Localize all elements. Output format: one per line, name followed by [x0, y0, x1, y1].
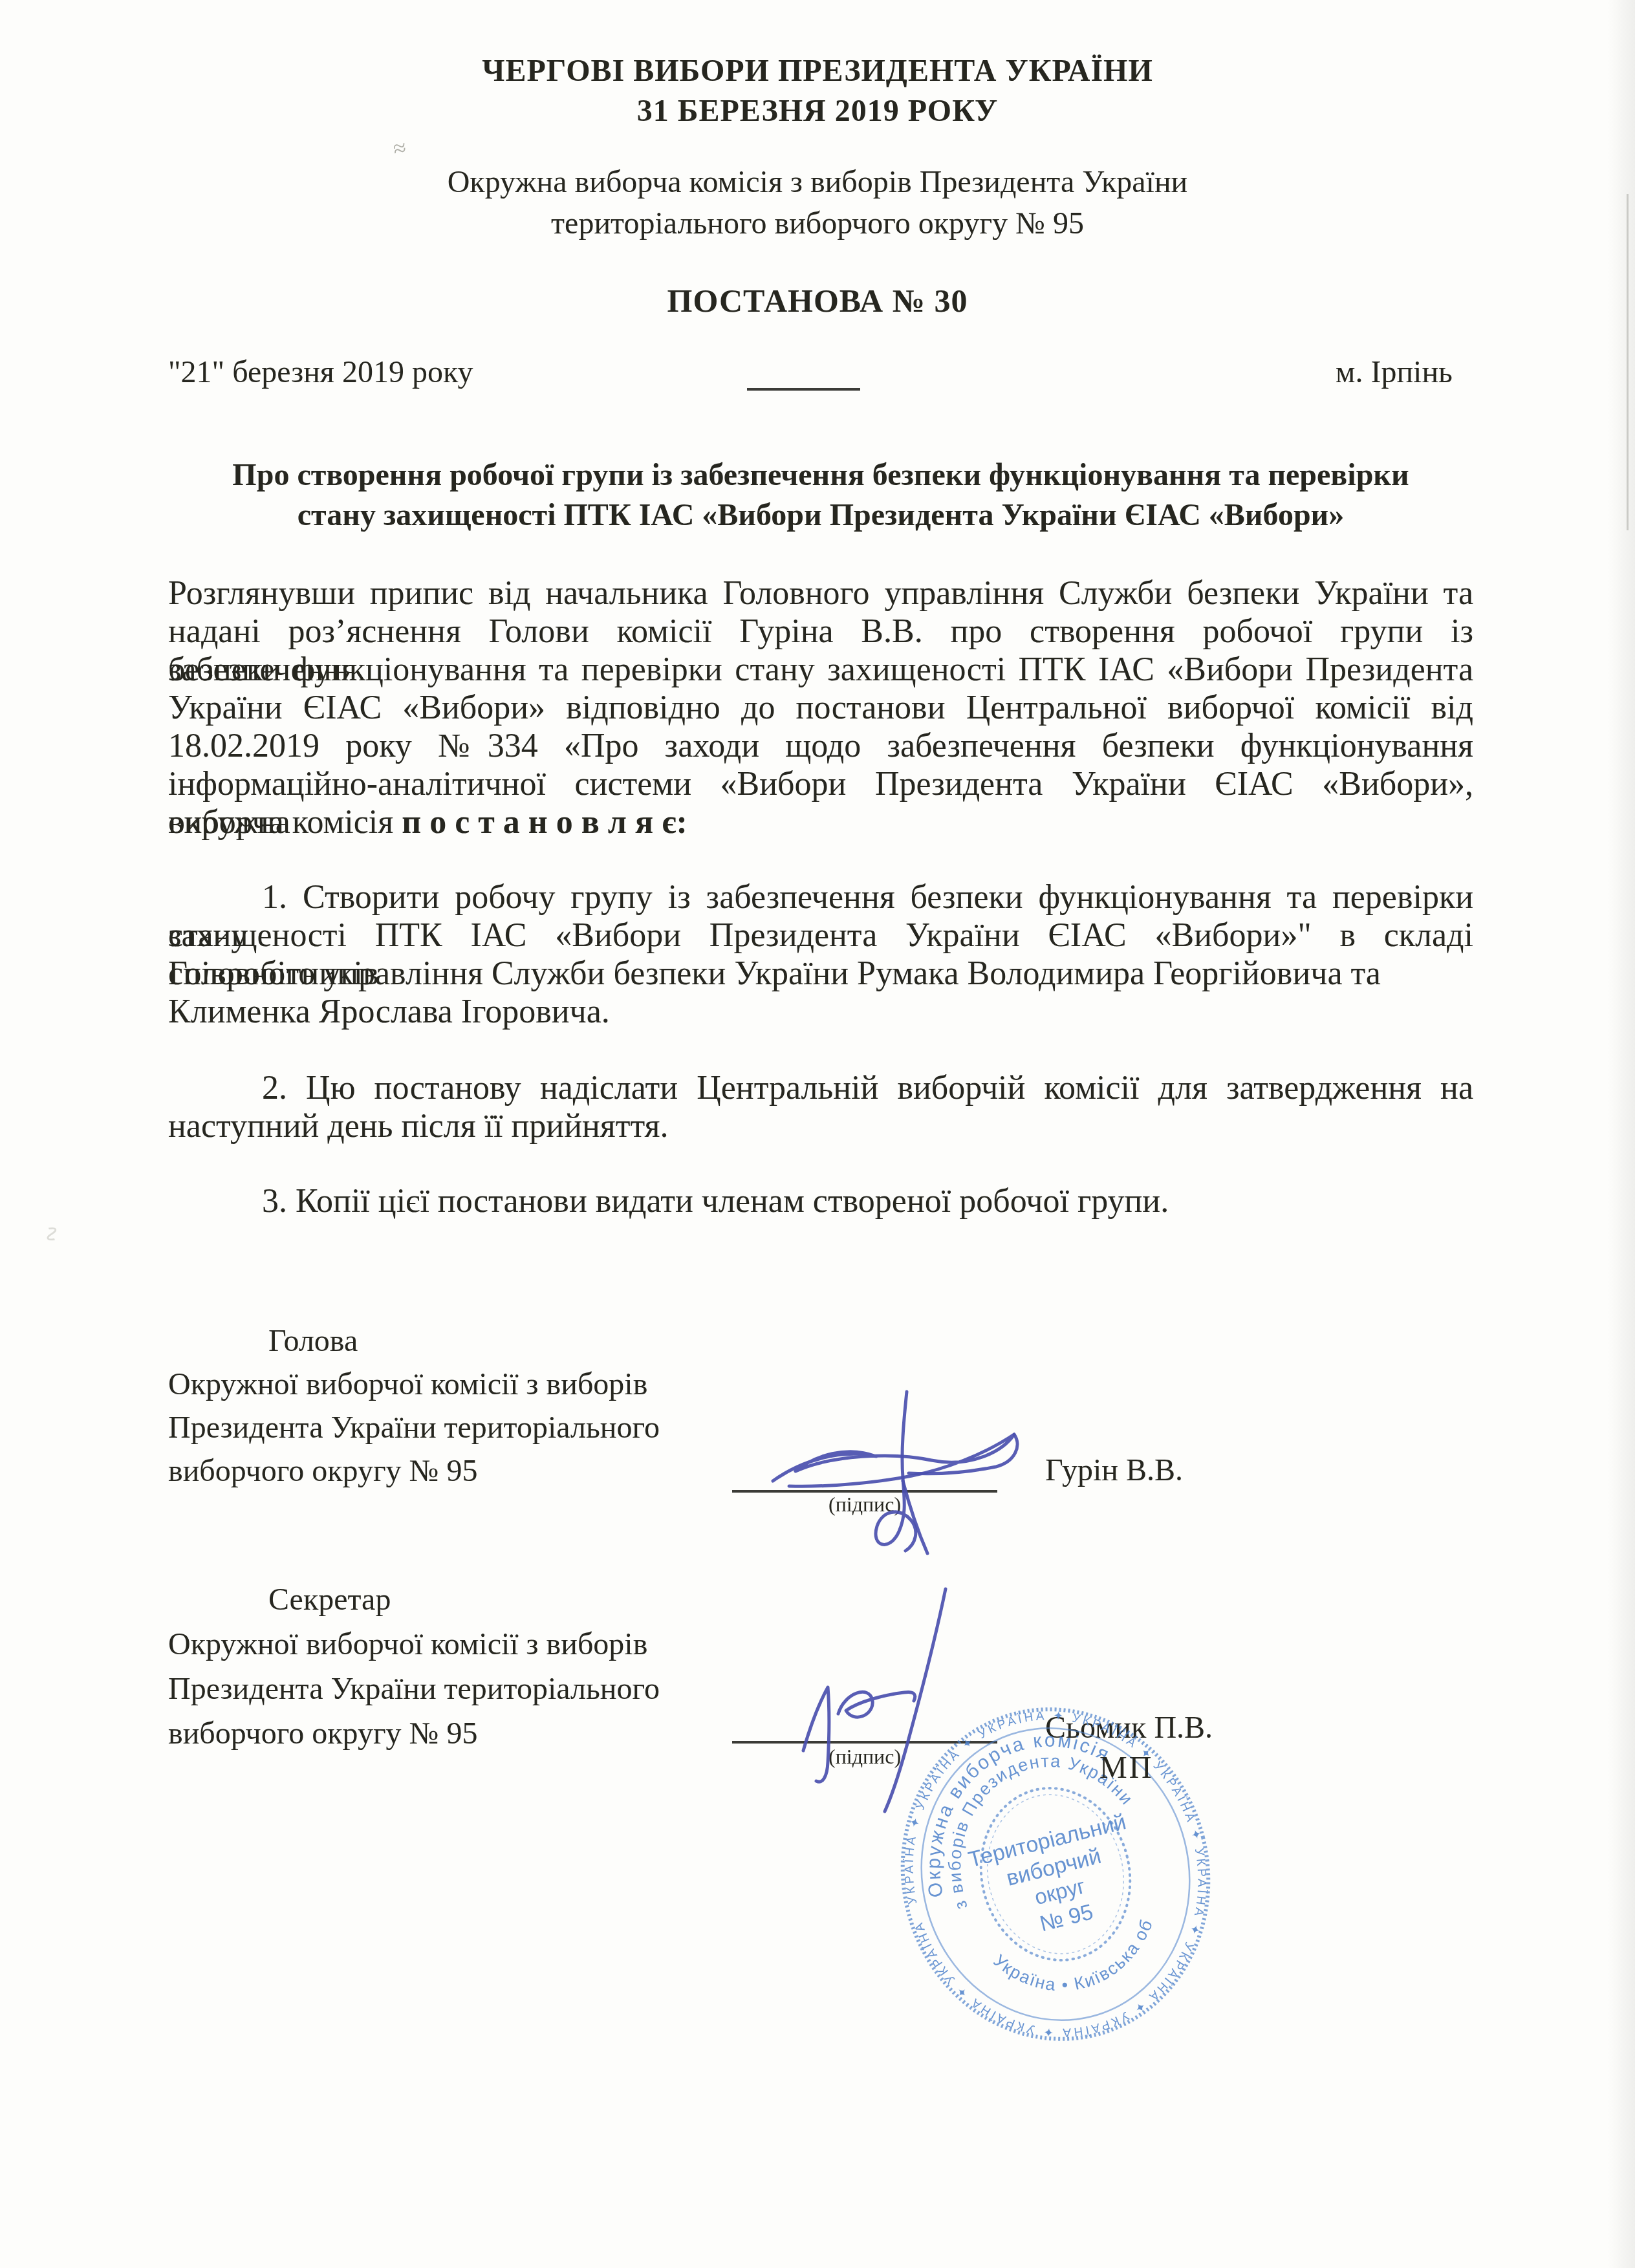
subject-line1: Про створення робочої групи із забезпече… — [168, 455, 1473, 495]
point-line: Клименка Ярослава Ігоровича. — [168, 993, 1473, 1031]
decree-subject: Про створення робочої групи із забезпече… — [168, 455, 1473, 535]
chairman-signature-ink — [744, 1384, 1041, 1565]
point-line: Головного управління Служби безпеки Укра… — [168, 955, 1473, 993]
point-line: 3. Копії цієї постанови видати членам ст… — [168, 1182, 1473, 1220]
decree-title: ПОСТАНОВА № 30 — [0, 282, 1635, 319]
preamble-line: Розглянувши припис від начальника Головн… — [168, 574, 1473, 612]
election-header-line2: 31 БЕРЕЗНЯ 2019 РОКУ — [0, 93, 1635, 129]
signatory-org-line: Окружної виборчої комісії з виборів — [168, 1622, 854, 1667]
decree-place: м. Ірпінь — [1336, 354, 1453, 390]
preamble-line: надані розʼяснення Голови комісії Гуріна… — [168, 612, 1473, 651]
commission-name-line2: територіального виборчого округу № 95 — [0, 206, 1635, 241]
signatory-name-chairman: Гурін В.В. — [1045, 1453, 1183, 1488]
subject-line2: стану захищеності ПТК ІАС «Вибори Презид… — [168, 495, 1473, 535]
point-line: наступний день після її прийняття. — [168, 1107, 1473, 1145]
commission-name-line1: Окружна виборча комісія з виборів Презид… — [0, 164, 1635, 200]
election-header-line1: ЧЕРГОВІ ВИБОРИ ПРЕЗИДЕНТА УКРАЇНИ — [0, 53, 1635, 89]
date-separator-line — [747, 388, 860, 391]
point-line: 1. Створити робочу групу із забезпечення… — [168, 878, 1473, 916]
scan-artifact: ∿ — [37, 1221, 67, 1247]
date-row: "21" березня 2019 року м. Ірпінь — [168, 354, 1473, 400]
seal-placeholder-label: МП — [1099, 1750, 1153, 1786]
preamble-resolves-bold: п о с т а н о в л я є: — [402, 804, 688, 841]
point-line: 2. Цю постанову надіслати Центральній ви… — [168, 1069, 1473, 1107]
signatory-org-line: Президента України територіального — [168, 1667, 854, 1711]
preamble-resolves-normal: виборча комісія — [168, 804, 402, 841]
preamble-line: України ЄІАС «Вибори» відповідно до пост… — [168, 689, 1473, 727]
preamble-line: 18.02.2019 року №334 «Про заходи щодо за… — [168, 727, 1473, 765]
preamble-line: інформаційно-аналітичної системи «Вибори… — [168, 765, 1473, 803]
resolution-point-2: 2. Цю постанову надіслати Центральній ви… — [168, 1069, 1473, 1145]
resolution-point-3: 3. Копії цієї постанови видати членам ст… — [168, 1182, 1473, 1220]
signatory-role: Секретар — [168, 1577, 854, 1622]
preamble-paragraph: Розглянувши припис від начальника Головн… — [168, 574, 1473, 841]
secretary-signature-ink — [783, 1581, 977, 1814]
signatory-role: Голова — [168, 1319, 854, 1363]
point-line: захищеності ПТК ІАС «Вибори Президента У… — [168, 916, 1473, 955]
scan-edge-shadow — [1608, 0, 1635, 2268]
scanned-decree-page: ≈ ∿ ЧЕРГОВІ ВИБОРИ ПРЕЗИДЕНТА УКРАЇНИ 31… — [0, 0, 1635, 2268]
scan-artifact: ≈ — [391, 134, 408, 163]
preamble-resolves-line: виборча комісія п о с т а н о в л я є: — [168, 803, 1473, 841]
resolution-point-1: 1. Створити робочу групу із забезпечення… — [168, 878, 1473, 1031]
decree-date: "21" березня 2019 року — [168, 354, 473, 390]
preamble-line: безпеки функціонування та перевірки стан… — [168, 651, 1473, 689]
signature-block-secretary: Секретар Окружної виборчої комісії з виб… — [168, 1577, 854, 1756]
